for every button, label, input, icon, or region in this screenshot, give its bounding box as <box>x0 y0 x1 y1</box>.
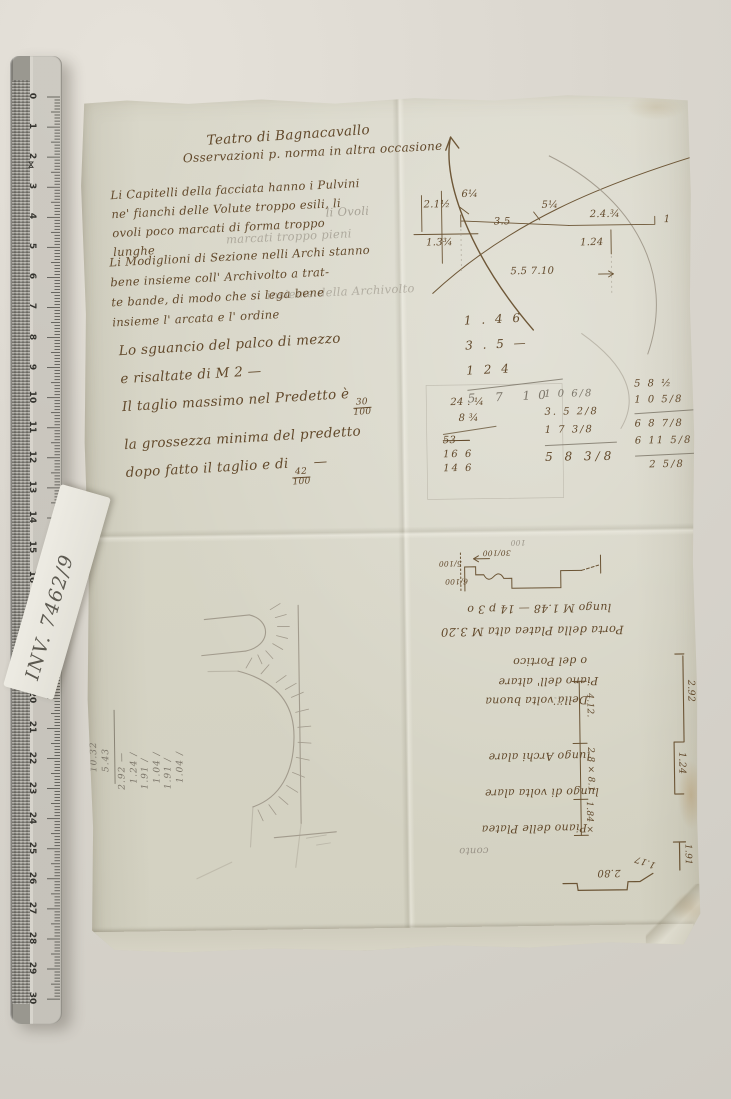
fraction-42-100: 42100 <box>292 467 311 487</box>
ruler-number: 3 <box>27 178 37 194</box>
ruler-number: 7 <box>27 298 37 314</box>
calc-row: 6 8 7/8 <box>635 415 699 433</box>
paragraph-3: Lo sguancio del palco di mezzo e risalta… <box>118 323 376 497</box>
dim-line-label: 4.12. <box>584 693 594 718</box>
sum-line <box>635 453 695 457</box>
flipped-line: lungo Archi alare <box>475 749 603 764</box>
ruler-number: 24 <box>27 810 37 826</box>
rotated-number: 5.43 <box>99 662 112 794</box>
ruler-number: 0 <box>27 88 37 104</box>
calc-row: 5 8 ½ <box>634 376 698 393</box>
flipped-line: o del Portico <box>494 654 606 669</box>
ruler-number: 9 <box>27 359 37 375</box>
calc-column-3: 5 8 ½ 1 0 5/8 6 8 7/8 6 11 5/8 2 5/8 <box>634 376 699 471</box>
flipped-line: lungo M 1.48 — 14 p 3 o <box>433 601 611 616</box>
ruler-number: 4 <box>27 208 37 224</box>
ruler-number: 14 <box>27 509 37 525</box>
dim-label: 3.5 <box>494 216 511 227</box>
step-dim: 1.24 <box>676 752 687 775</box>
profile-fraction: 30/100 <box>482 548 510 557</box>
calc-row: 3. 5 2/8 <box>544 403 616 422</box>
calc-row: 1 0 6/8 <box>544 385 616 404</box>
ruler-number: 10 <box>27 389 37 405</box>
ruler-number: 21 <box>27 719 37 735</box>
ruler-number: 27 <box>27 900 37 916</box>
calc-total: 2 5/8 <box>635 459 699 471</box>
dim-label: 1 <box>664 214 671 225</box>
photo-backdrop: { "photo": { "inventory_label": "INV. 74… <box>0 0 731 1099</box>
flipped-line: Porta della Platea alta M 3.20 <box>427 623 623 640</box>
dim-label: 1.3¾ <box>426 237 453 248</box>
calc-row: 1 2 4 <box>466 354 563 384</box>
ruler-number: 13 <box>27 479 37 495</box>
ruler-number: 12 <box>27 449 37 465</box>
ruler-number: 22 <box>27 750 37 766</box>
sum-line <box>634 409 698 414</box>
fraction-30-100: 30100 <box>353 398 372 418</box>
step-dim: 1.91 <box>682 844 692 865</box>
ruler-number: 1 <box>27 118 37 134</box>
ruler-number: 29 <box>27 960 37 976</box>
ruler-number: 15 <box>27 539 37 555</box>
calc-row: 16 6 <box>443 447 497 462</box>
ruler-number: 8 <box>27 329 37 345</box>
step-dim: 2.92 <box>685 680 696 703</box>
profile-fraction: 100 <box>510 538 525 547</box>
dim-label: 2.4.¾ <box>590 209 620 220</box>
dim-label: 5.5 7.10 <box>510 266 554 278</box>
ruler-number: 5 <box>27 238 37 254</box>
calc-column-1: 24 . ¼ 8 ¾ 53 — 16 6 14 6 <box>442 395 497 477</box>
calc-row: 8 ¾ <box>442 411 496 428</box>
step-dim: 2.80 <box>581 867 637 879</box>
calc-column-2: 1 0 6/8 3. 5 2/8 1 7 3/8 5 8 3/8 <box>544 385 617 464</box>
calc-row: 24 . ¼ <box>442 395 496 412</box>
manuscript-sheet: Teatro di Bagnacavallo Osservazioni p. n… <box>78 92 702 956</box>
ruler-calibration-icon: ⋈ <box>27 161 36 169</box>
ruler-number: 25 <box>27 840 37 856</box>
ruler-number: 6 <box>27 268 37 284</box>
paragraph-2: Li Modiglioni di Sezione nelli Archi sta… <box>109 240 374 333</box>
sum-line <box>114 710 116 784</box>
rotated-number: 1.04 / <box>173 661 186 793</box>
leader-dots: ··· <box>552 698 563 709</box>
profile-fraction: 6/100 <box>445 577 468 586</box>
flipped-pencil-note: conto <box>424 845 488 857</box>
ruler-number: 30 <box>27 990 37 1006</box>
profile-fraction: 5/100 <box>438 559 461 568</box>
dim-label: 2.1½ <box>423 199 450 210</box>
ruler-number: 26 <box>27 870 37 886</box>
dim-label: 5¼ <box>541 200 558 211</box>
calc-row: 1 0 5/8 <box>634 392 698 409</box>
calc-row: 1 7 3/8 <box>545 421 617 440</box>
ruler-number: 23 <box>27 780 37 796</box>
calc-row-struck: 53 — <box>443 433 497 449</box>
flipped-line: Piano dell' altare <box>482 674 614 689</box>
calc-row: 6 11 5/8 <box>635 432 699 450</box>
ruler-number: 28 <box>27 930 37 946</box>
dim-line-label: 2.8 × 8.1 <box>585 747 596 792</box>
dim-label: 1.24 <box>580 237 604 248</box>
calc-total: 5 8 3/8 <box>545 449 617 464</box>
ruler-number: 11 <box>27 419 37 435</box>
dim-label: 6¼ <box>461 189 478 200</box>
calc-row: 14 6 <box>443 461 497 476</box>
rotated-number-column: 10.325.432.92 —1.24 /1.91 /1.04 /1.91 /1… <box>88 661 170 794</box>
dim-line-label: 1.84 × <box>584 801 594 833</box>
sum-line <box>545 442 617 447</box>
